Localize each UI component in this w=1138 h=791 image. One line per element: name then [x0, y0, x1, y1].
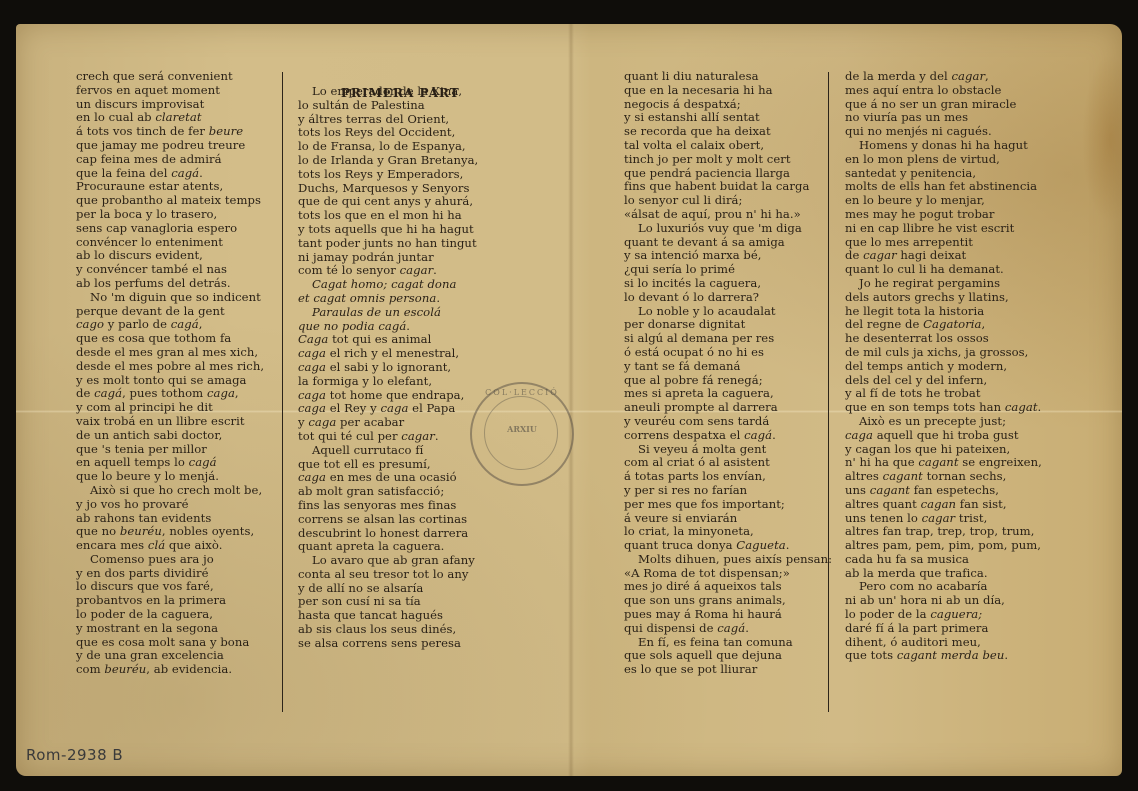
poem-line: lo poder de la caguera; — [845, 608, 1042, 622]
poem-line: quant te devant á sa amiga — [624, 236, 832, 250]
poem-line: Paraulas de un escolá — [298, 306, 478, 320]
column-divider-2 — [828, 72, 829, 712]
archive-stamp: COL·LECCIÓ ARXIU — [470, 382, 574, 486]
stamp-center-text: ARXIU — [472, 424, 572, 434]
poem-line: que jamay me podreu treure — [76, 139, 264, 153]
poem-line: y tant se fá demaná — [624, 360, 832, 374]
poem-line: Lo avaro que ab gran afany — [298, 554, 478, 568]
poem-line: probantvos en la primera — [76, 594, 264, 608]
poem-line: ó está ocupat ó no hi es — [624, 346, 832, 360]
poem-line: com al criat ó al asistent — [624, 456, 832, 470]
poem-line: que probantho al mateix temps — [76, 194, 264, 208]
poem-line: se recorda que ha deixat — [624, 125, 832, 139]
poem-line: Lo emperador de la Xina, — [298, 85, 478, 99]
poem-line: he desenterrat los ossos — [845, 332, 1042, 346]
poem-line: en lo mon plens de virtud, — [845, 153, 1042, 167]
poem-line: y veuréu com sens tardá — [624, 415, 832, 429]
poem-line: ab los perfums del detrás. — [76, 277, 264, 291]
poem-line: conta al seu tresor tot lo any — [298, 568, 478, 582]
poem-line: Homens y donas hi ha hagut — [845, 139, 1042, 153]
poem-line: desde el mes pobre al mes rich, — [76, 360, 264, 374]
poem-line: daré fí á la part primera — [845, 622, 1042, 636]
poem-line: pues may á Roma hi haurá — [624, 608, 832, 622]
poem-line: que lo mes arrepentit — [845, 236, 1042, 250]
poem-line: desde el mes gran al mes xich, — [76, 346, 264, 360]
poem-line: convéncer lo enteniment — [76, 236, 264, 250]
poem-line: altres cagant tornan sechs, — [845, 470, 1042, 484]
poem-line: altres fan trap, trep, trop, trum, — [845, 525, 1042, 539]
poem-line: y de una gran excelencia — [76, 649, 264, 663]
poem-line: ni ab un' hora ni ab un día, — [845, 594, 1042, 608]
document-sheet: crech que será convenientfervos en aquet… — [16, 24, 1122, 776]
poem-line: á totas parts los envían, — [624, 470, 832, 484]
poem-line: uns cagant fan espetechs, — [845, 484, 1042, 498]
poem-line: Aquell currutaco fí — [298, 444, 478, 458]
poem-line: del regne de Cagatoria, — [845, 318, 1042, 332]
poem-line: Molts dihuen, pues aixís pensan: — [624, 553, 832, 567]
poem-line: Jo he regirat pergamins — [845, 277, 1042, 291]
poem-line: de cagar hagi deixat — [845, 249, 1042, 263]
poem-line: y en dos parts dividiré — [76, 567, 264, 581]
poem-line: del temps antich y modern, — [845, 360, 1042, 374]
poem-line: Això si que ho crech molt be, — [76, 484, 264, 498]
poem-line: negocis á despatxá; — [624, 98, 832, 112]
poem-line: per donarse dignitat — [624, 318, 832, 332]
poem-line: y es molt tonto qui se amaga — [76, 374, 264, 388]
poem-line: Caga tot qui es animal — [298, 333, 478, 347]
poem-line: Procuraune estar atents, — [76, 180, 264, 194]
stamp-ring-text: COL·LECCIÓ — [472, 388, 572, 397]
poem-line: «A Roma de tot dispensan;» — [624, 567, 832, 581]
poem-line: Lo luxuriós vuy que 'm diga — [624, 222, 832, 236]
poem-column-3: quant li diu naturalesaque en la necesar… — [624, 70, 832, 677]
poem-line: correns despatxa el cagá. — [624, 429, 832, 443]
poem-line: hasta que tancat hagués — [298, 609, 478, 623]
poem-line: cada hu fa sa musica — [845, 553, 1042, 567]
poem-line: altres pam, pem, pim, pom, pum, — [845, 539, 1042, 553]
poem-line: si lo incités la caguera, — [624, 277, 832, 291]
poem-line: de cagá, pues tothom caga, — [76, 387, 264, 401]
poem-line: que pendrá paciencia llarga — [624, 167, 832, 181]
poem-line: sens cap vanagloria espero — [76, 222, 264, 236]
poem-line: y caga per acabar — [298, 416, 478, 430]
poem-line: y áltres terras del Orient, — [298, 113, 478, 127]
poem-line: dels del cel y del infern, — [845, 374, 1042, 388]
poem-line: y per si res no farían — [624, 484, 832, 498]
poem-line: ab molt gran satisfacció; — [298, 485, 478, 499]
poem-line: ni en cap llibre he vist escrit — [845, 222, 1042, 236]
poem-line: lo de Irlanda y Gran Bretanya, — [298, 154, 478, 168]
poem-line: Cagat homo; cagat dona — [298, 278, 478, 292]
poem-line: Pero com no acabaría — [845, 580, 1042, 594]
poem-line: caga el rich y el menestral, — [298, 347, 478, 361]
poem-line: molts de ells han fet abstinencia — [845, 180, 1042, 194]
poem-line: y cagan los que hi pateixen, — [845, 443, 1042, 457]
poem-line: que no podia cagá. — [298, 320, 478, 334]
poem-line: caga aquell que hi troba gust — [845, 429, 1042, 443]
poem-line: lo senyor cul li dirá; — [624, 194, 832, 208]
poem-line: com beuréu, ab evidencia. — [76, 663, 264, 677]
poem-line: tots los Reys del Occident, — [298, 126, 478, 140]
poem-line: lo de Fransa, lo de Espanya, — [298, 140, 478, 154]
poem-line: y de allí no se alsaría — [298, 582, 478, 596]
poem-line: lo discurs que vos faré, — [76, 580, 264, 594]
poem-line: caga el sabi y lo ignorant, — [298, 361, 478, 375]
vertical-fold-crease — [568, 24, 574, 776]
poem-line: ab lo discurs evident, — [76, 249, 264, 263]
poem-line: un discurs improvisat — [76, 98, 264, 112]
poem-line: que lo beure y lo menjá. — [76, 470, 264, 484]
poem-line: que sols aquell que dejuna — [624, 649, 832, 663]
poem-line: quant li diu naturalesa — [624, 70, 832, 84]
poem-line: caga el Rey y caga el Papa — [298, 402, 478, 416]
poem-line: Això es un precepte just; — [845, 415, 1042, 429]
poem-line: ab la merda que trafica. — [845, 567, 1042, 581]
poem-line: y jo vos ho provaré — [76, 498, 264, 512]
poem-line: «álsat de aquí, prou n' hi ha.» — [624, 208, 832, 222]
poem-line: crech que será convenient — [76, 70, 264, 84]
poem-column-4: de la merda y del cagar,mes aquí entra l… — [845, 70, 1042, 663]
poem-column-2: Lo emperador de la Xina,lo sultán de Pal… — [298, 85, 478, 651]
poem-line: caga en mes de una ocasió — [298, 471, 478, 485]
poem-line: en lo cual ab claretat — [76, 111, 264, 125]
poem-line: tant poder junts no han tingut — [298, 237, 478, 251]
poem-line: que 's tenia per millor — [76, 443, 264, 457]
column-divider-1 — [282, 72, 283, 712]
poem-line: y al fí de tots he trobat — [845, 387, 1042, 401]
poem-line: lo sultán de Palestina — [298, 99, 478, 113]
poem-line: de un antich sabi doctor, — [76, 429, 264, 443]
shelfmark-handwritten: Rom-2938 B — [26, 746, 123, 764]
poem-line: y sa intenció marxa bé, — [624, 249, 832, 263]
poem-line: perque devant de la gent — [76, 305, 264, 319]
poem-line: la formiga y lo elefant, — [298, 375, 478, 389]
poem-line: y si estanshi allí sentat — [624, 111, 832, 125]
poem-line: cago y parlo de cagá, — [76, 318, 264, 332]
poem-line: de la merda y del cagar, — [845, 70, 1042, 84]
poem-line: no viuría pas un mes — [845, 111, 1042, 125]
poem-line: fins las senyoras mes finas — [298, 499, 478, 513]
poem-line: que en son temps tots han cagat. — [845, 401, 1042, 415]
water-stain — [1082, 54, 1122, 224]
poem-line: quant lo cul li ha demanat. — [845, 263, 1042, 277]
poem-line: com té lo senyor cagar. — [298, 264, 478, 278]
poem-line: que á no ser un gran miracle — [845, 98, 1042, 112]
poem-line: ab sis claus los seus dinés, — [298, 623, 478, 637]
poem-line: que es cosa que tothom fa — [76, 332, 264, 346]
poem-line: n' hi ha que cagant se engreixen, — [845, 456, 1042, 470]
poem-line: en lo beure y lo menjar, — [845, 194, 1042, 208]
poem-line: per la boca y lo trasero, — [76, 208, 264, 222]
poem-line: que es cosa molt sana y bona — [76, 636, 264, 650]
poem-line: se alsa correns sens peresa — [298, 637, 478, 651]
poem-line: En fí, es feina tan comuna — [624, 636, 832, 650]
poem-line: ni jamay podrán juntar — [298, 251, 478, 265]
poem-line: tal volta el calaix obert, — [624, 139, 832, 153]
poem-line: ab rahons tan evidents — [76, 512, 264, 526]
poem-line: Duchs, Marquesos y Senyors — [298, 182, 478, 196]
poem-line: dels autors grechs y llatins, — [845, 291, 1042, 305]
poem-line: quant truca donya Cagueta. — [624, 539, 832, 553]
poem-line: uns tenen lo cagar trist, — [845, 512, 1042, 526]
poem-line: que de qui cent anys y ahurá, — [298, 195, 478, 209]
poem-line: que tot ell es presumí, — [298, 458, 478, 472]
poem-line: lo devant ó lo darrera? — [624, 291, 832, 305]
poem-line: en aquell temps lo cagá — [76, 456, 264, 470]
poem-line: descubrint lo honest darrera — [298, 527, 478, 541]
poem-line: á tots vos tinch de fer beure — [76, 125, 264, 139]
poem-line: correns se alsan las cortinas — [298, 513, 478, 527]
poem-line: que no beuréu, nobles oyents, — [76, 525, 264, 539]
poem-line: tinch jo per molt y molt cert — [624, 153, 832, 167]
poem-line: Si veyeu á molta gent — [624, 443, 832, 457]
poem-line: tot qui té cul per cagar. — [298, 430, 478, 444]
poem-line: caga tot home que endrapa, — [298, 389, 478, 403]
poem-line: altres quant cagan fan sist, — [845, 498, 1042, 512]
poem-line: cap feina mes de admirá — [76, 153, 264, 167]
poem-line: vaix trobá en un llibre escrit — [76, 415, 264, 429]
poem-line: tots los Reys y Emperadors, — [298, 168, 478, 182]
poem-line: per son cusí ni sa tía — [298, 595, 478, 609]
poem-line: lo poder de la caguera, — [76, 608, 264, 622]
poem-line: lo criat, la minyoneta, — [624, 525, 832, 539]
poem-line: mes aquí entra lo obstacle — [845, 84, 1042, 98]
poem-line: mes jo diré á aqueixos tals — [624, 580, 832, 594]
poem-line: aneuli prompte al darrera — [624, 401, 832, 415]
poem-line: ¿qui sería lo primé — [624, 263, 832, 277]
poem-line: y com al principi he dit — [76, 401, 264, 415]
poem-line: No 'm diguin que so indicent — [76, 291, 264, 305]
poem-line: fervos en aquet moment — [76, 84, 264, 98]
poem-line: y mostrant en la segona — [76, 622, 264, 636]
poem-line: que tots cagant merda beu. — [845, 649, 1042, 663]
poem-line: dihent, ó auditori meu, — [845, 636, 1042, 650]
poem-line: tots los que en el mon hi ha — [298, 209, 478, 223]
poem-line: si algú al demana per res — [624, 332, 832, 346]
poem-line: qui no menjés ni cagués. — [845, 125, 1042, 139]
poem-line: santedat y penitencia, — [845, 167, 1042, 181]
poem-line: y tots aquells que hi ha hagut — [298, 223, 478, 237]
poem-line: quant apreta la caguera. — [298, 540, 478, 554]
poem-line: que en la necesaria hi ha — [624, 84, 832, 98]
poem-line: que la feina del cagá. — [76, 167, 264, 181]
poem-line: he llegit tota la historia — [845, 305, 1042, 319]
poem-column-1: crech que será convenientfervos en aquet… — [76, 70, 264, 677]
poem-line: es lo que se pot lliurar — [624, 663, 832, 677]
poem-line: fins que habent buidat la carga — [624, 180, 832, 194]
poem-line: et cagat omnis persona. — [298, 292, 478, 306]
poem-line: á veure si enviarán — [624, 512, 832, 526]
poem-line: mes si apreta la caguera, — [624, 387, 832, 401]
poem-line: de mil culs ja xichs, ja grossos, — [845, 346, 1042, 360]
poem-line: Comenso pues ara jo — [76, 553, 264, 567]
poem-line: per mes que fos important; — [624, 498, 832, 512]
poem-line: Lo noble y lo acaudalat — [624, 305, 832, 319]
poem-line: qui dispensi de cagá. — [624, 622, 832, 636]
poem-line: y convéncer també el nas — [76, 263, 264, 277]
poem-line: que al pobre fá renegá; — [624, 374, 832, 388]
poem-line: encara mes clá que això. — [76, 539, 264, 553]
poem-line: que son uns grans animals, — [624, 594, 832, 608]
poem-line: mes may he pogut trobar — [845, 208, 1042, 222]
